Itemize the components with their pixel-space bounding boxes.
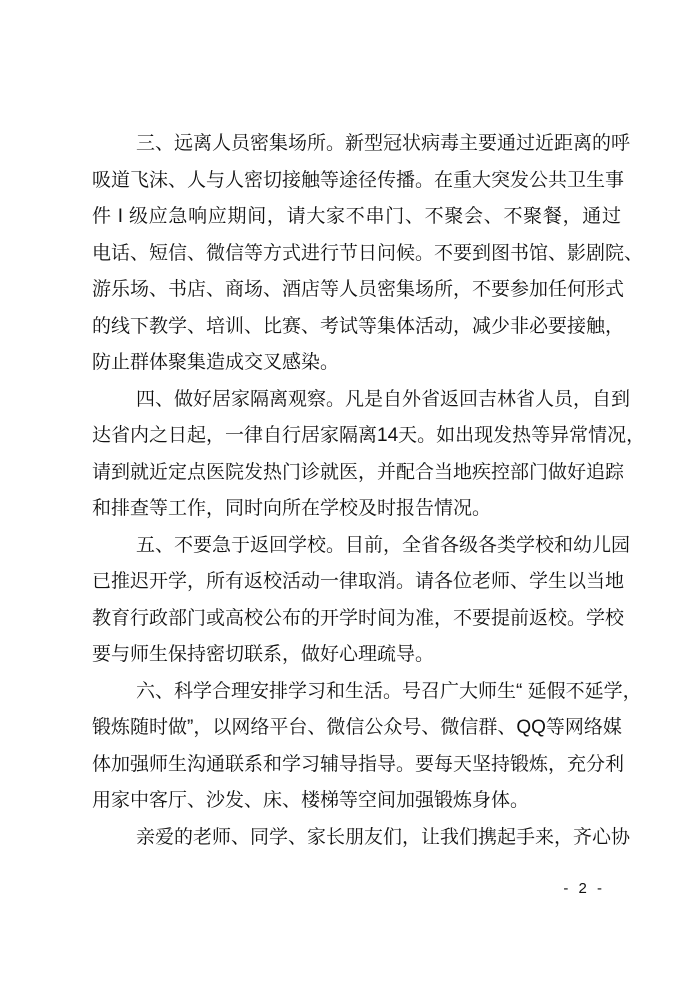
text-line: 游乐场、书店、商场、酒店等人员密集场所，不要参加任何形式 bbox=[92, 272, 621, 309]
paragraph: 四、做好居家隔离观察。凡是自外省返回吉林省人员，自到 达省内之日起，一律自行居家… bbox=[92, 382, 621, 528]
text-line: 的线下教学、培训、比赛、考试等集体活动，减少非必要接触， bbox=[92, 309, 621, 346]
text-line: 和排查等工作，同时向所在学校及时报告情况。 bbox=[92, 491, 621, 528]
paragraph: 五、不要急于返回学校。目前，全省各级各类学校和幼儿园 已推迟开学，所有返校活动一… bbox=[92, 528, 621, 674]
text-line: 要与师生保持密切联系，做好心理疏导。 bbox=[92, 637, 621, 674]
text-line: 锻炼随时做”，以网络平台、微信公众号、微信群、QQ等网络媒 bbox=[92, 710, 621, 747]
text-line: 电话、短信、微信等方式进行节日问候。不要到图书馆、影剧院、 bbox=[92, 236, 621, 273]
paragraph: 亲爱的老师、同学、家长朋友们，让我们携起手来，齐心协 bbox=[92, 820, 621, 857]
text-line: 五、不要急于返回学校。目前，全省各级各类学校和幼儿园 bbox=[92, 528, 621, 565]
text-line: 请到就近定点医院发热门诊就医，并配合当地疾控部门做好追踪 bbox=[92, 455, 621, 492]
text-line: 用家中客厅、沙发、床、楼梯等空间加强锻炼身体。 bbox=[92, 783, 621, 820]
text-line: 亲爱的老师、同学、家长朋友们，让我们携起手来，齐心协 bbox=[92, 820, 621, 857]
paragraph: 六、科学合理安排学习和生活。号召广大师生“ 延假不延学， 锻炼随时做”，以网络平… bbox=[92, 674, 621, 820]
text-line: 三、远离人员密集场所。新型冠状病毒主要通过近距离的呼 bbox=[92, 126, 621, 163]
document-body: 三、远离人员密集场所。新型冠状病毒主要通过近距离的呼 吸道飞沫、人与人密切接触等… bbox=[92, 126, 621, 856]
text-line: 六、科学合理安排学习和生活。号召广大师生“ 延假不延学， bbox=[92, 674, 621, 711]
page-number: - 2 - bbox=[563, 878, 605, 900]
text-line: 已推迟开学，所有返校活动一律取消。请各位老师、学生以当地 bbox=[92, 564, 621, 601]
text-line: 吸道飞沫、人与人密切接触等途径传播。在重大突发公共卫生事 bbox=[92, 163, 621, 200]
text-line: 四、做好居家隔离观察。凡是自外省返回吉林省人员，自到 bbox=[92, 382, 621, 419]
text-line: 达省内之日起，一律自行居家隔离14天。如出现发热等异常情况， bbox=[92, 418, 621, 455]
text-line: 体加强师生沟通联系和学习辅导指导。要每天坚持锻炼，充分利 bbox=[92, 747, 621, 784]
document-page: 三、远离人员密集场所。新型冠状病毒主要通过近距离的呼 吸道飞沫、人与人密切接触等… bbox=[0, 0, 699, 988]
paragraph: 三、远离人员密集场所。新型冠状病毒主要通过近距离的呼 吸道飞沫、人与人密切接触等… bbox=[92, 126, 621, 382]
text-line: 防止群体聚集造成交叉感染。 bbox=[92, 345, 621, 382]
text-line: 教育行政部门或高校公布的开学时间为准，不要提前返校。学校 bbox=[92, 601, 621, 638]
text-line: 件 I 级应急响应期间，请大家不串门、不聚会、不聚餐，通过 bbox=[92, 199, 621, 236]
